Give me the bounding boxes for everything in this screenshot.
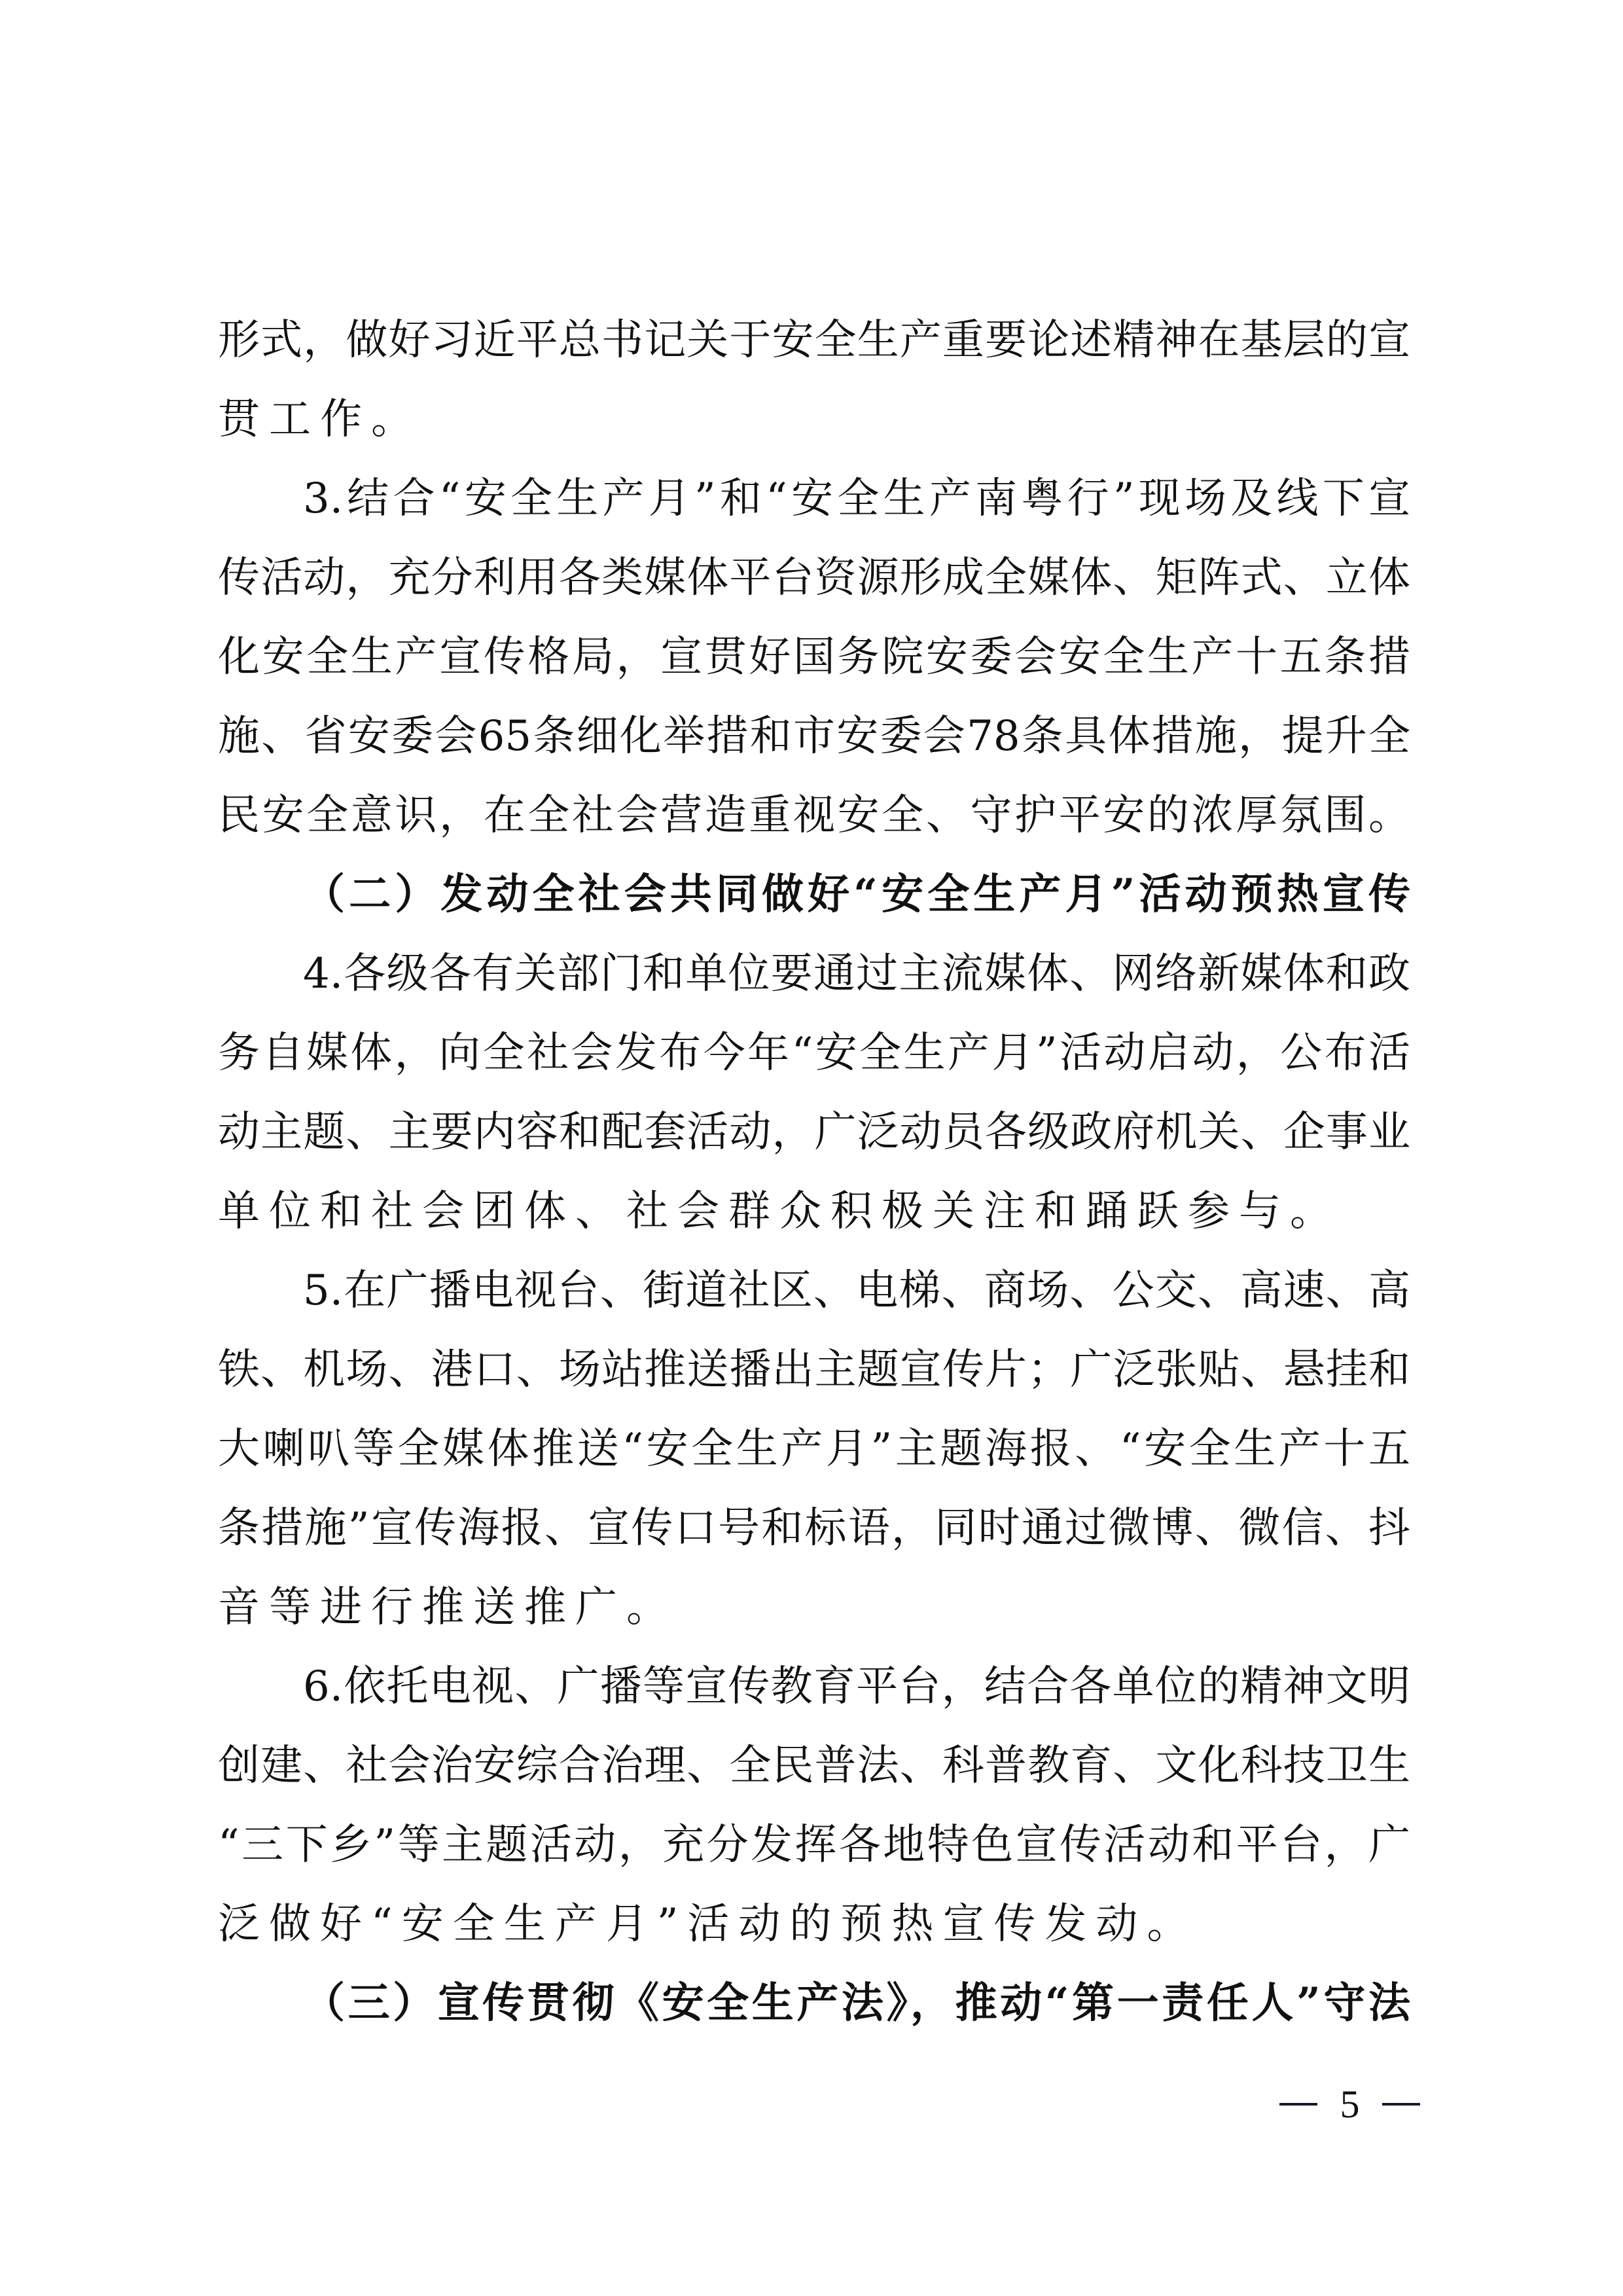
paragraph-6-start: 6.依托电视、广播等宣传教育平台，结合各单位的精神文明 bbox=[218, 1654, 1410, 1733]
text-line-continuation-end: 贯工作。 bbox=[218, 387, 1410, 466]
paragraph-3-start: 3.结合“安全生产月”和“安全生产南粤行”现场及线下宣 bbox=[218, 466, 1410, 545]
section-heading-3: （三）宣传贯彻《安全生产法》，推动“第一责任人”守法 bbox=[218, 1971, 1410, 2050]
paragraph-5-line: 条措施”宣传海报、宣传口号和标语，同时通过微博、微信、抖 bbox=[218, 1496, 1410, 1575]
paragraph-3-line: 传活动，充分利用各类媒体平台资源形成全媒体、矩阵式、立体 bbox=[218, 545, 1410, 624]
paragraph-4-line: 务自媒体，向全社会发布今年“安全生产月”活动启动，公布活 bbox=[218, 1020, 1410, 1100]
paragraph-6-end: 泛做好“安全生产月”活动的预热宣传发动。 bbox=[218, 1892, 1410, 1971]
page-number: 5 bbox=[1340, 2081, 1360, 2127]
paragraph-4-line: 动主题、主要内容和配套活动，广泛动员各级政府机关、企事业 bbox=[218, 1100, 1410, 1179]
paragraph-6-line: 创建、社会治安综合治理、全民普法、科普教育、文化科技卫生 bbox=[218, 1733, 1410, 1812]
dash-left-decoration bbox=[1279, 2103, 1317, 2106]
section-heading-2: （二）发动全社会共同做好“安全生产月”活动预热宣传 bbox=[218, 862, 1410, 941]
paragraph-5-start: 5.在广播电视台、街道社区、电梯、商场、公交、高速、高 bbox=[218, 1258, 1410, 1337]
paragraph-4-start: 4.各级各有关部门和单位要通过主流媒体、网络新媒体和政 bbox=[218, 941, 1410, 1020]
paragraph-5-end: 音等进行推送推广。 bbox=[218, 1575, 1410, 1654]
text-line-continuation: 形式，做好习近平总书记关于安全生产重要论述精神在基层的宣 bbox=[218, 308, 1410, 387]
dash-right-decoration bbox=[1382, 2103, 1420, 2106]
body-text: 形式，做好习近平总书记关于安全生产重要论述精神在基层的宣 贯工作。 3.结合“安… bbox=[218, 308, 1410, 2050]
paragraph-5-line: 铁、机场、港口、场站推送播出主题宣传片；广泛张贴、悬挂和 bbox=[218, 1337, 1410, 1416]
document-page: 形式，做好习近平总书记关于安全生产重要论述精神在基层的宣 贯工作。 3.结合“安… bbox=[0, 0, 1623, 2296]
page-number-footer: 5 bbox=[1279, 2081, 1420, 2127]
paragraph-4-end: 单位和社会团体、社会群众积极关注和踊跃参与。 bbox=[218, 1179, 1410, 1258]
paragraph-3-line: 化安全生产宣传格局，宣贯好国务院安委会安全生产十五条措 bbox=[218, 624, 1410, 704]
paragraph-3-line: 施、省安委会65条细化举措和市安委会78条具体措施，提升全 bbox=[218, 704, 1410, 783]
paragraph-3-line: 民安全意识，在全社会营造重视安全、守护平安的浓厚氛围。 bbox=[218, 783, 1410, 862]
paragraph-5-line: 大喇叭等全媒体推送“安全生产月”主题海报、“安全生产十五 bbox=[218, 1416, 1410, 1496]
paragraph-6-line: “三下乡”等主题活动，充分发挥各地特色宣传活动和平台，广 bbox=[218, 1812, 1410, 1892]
